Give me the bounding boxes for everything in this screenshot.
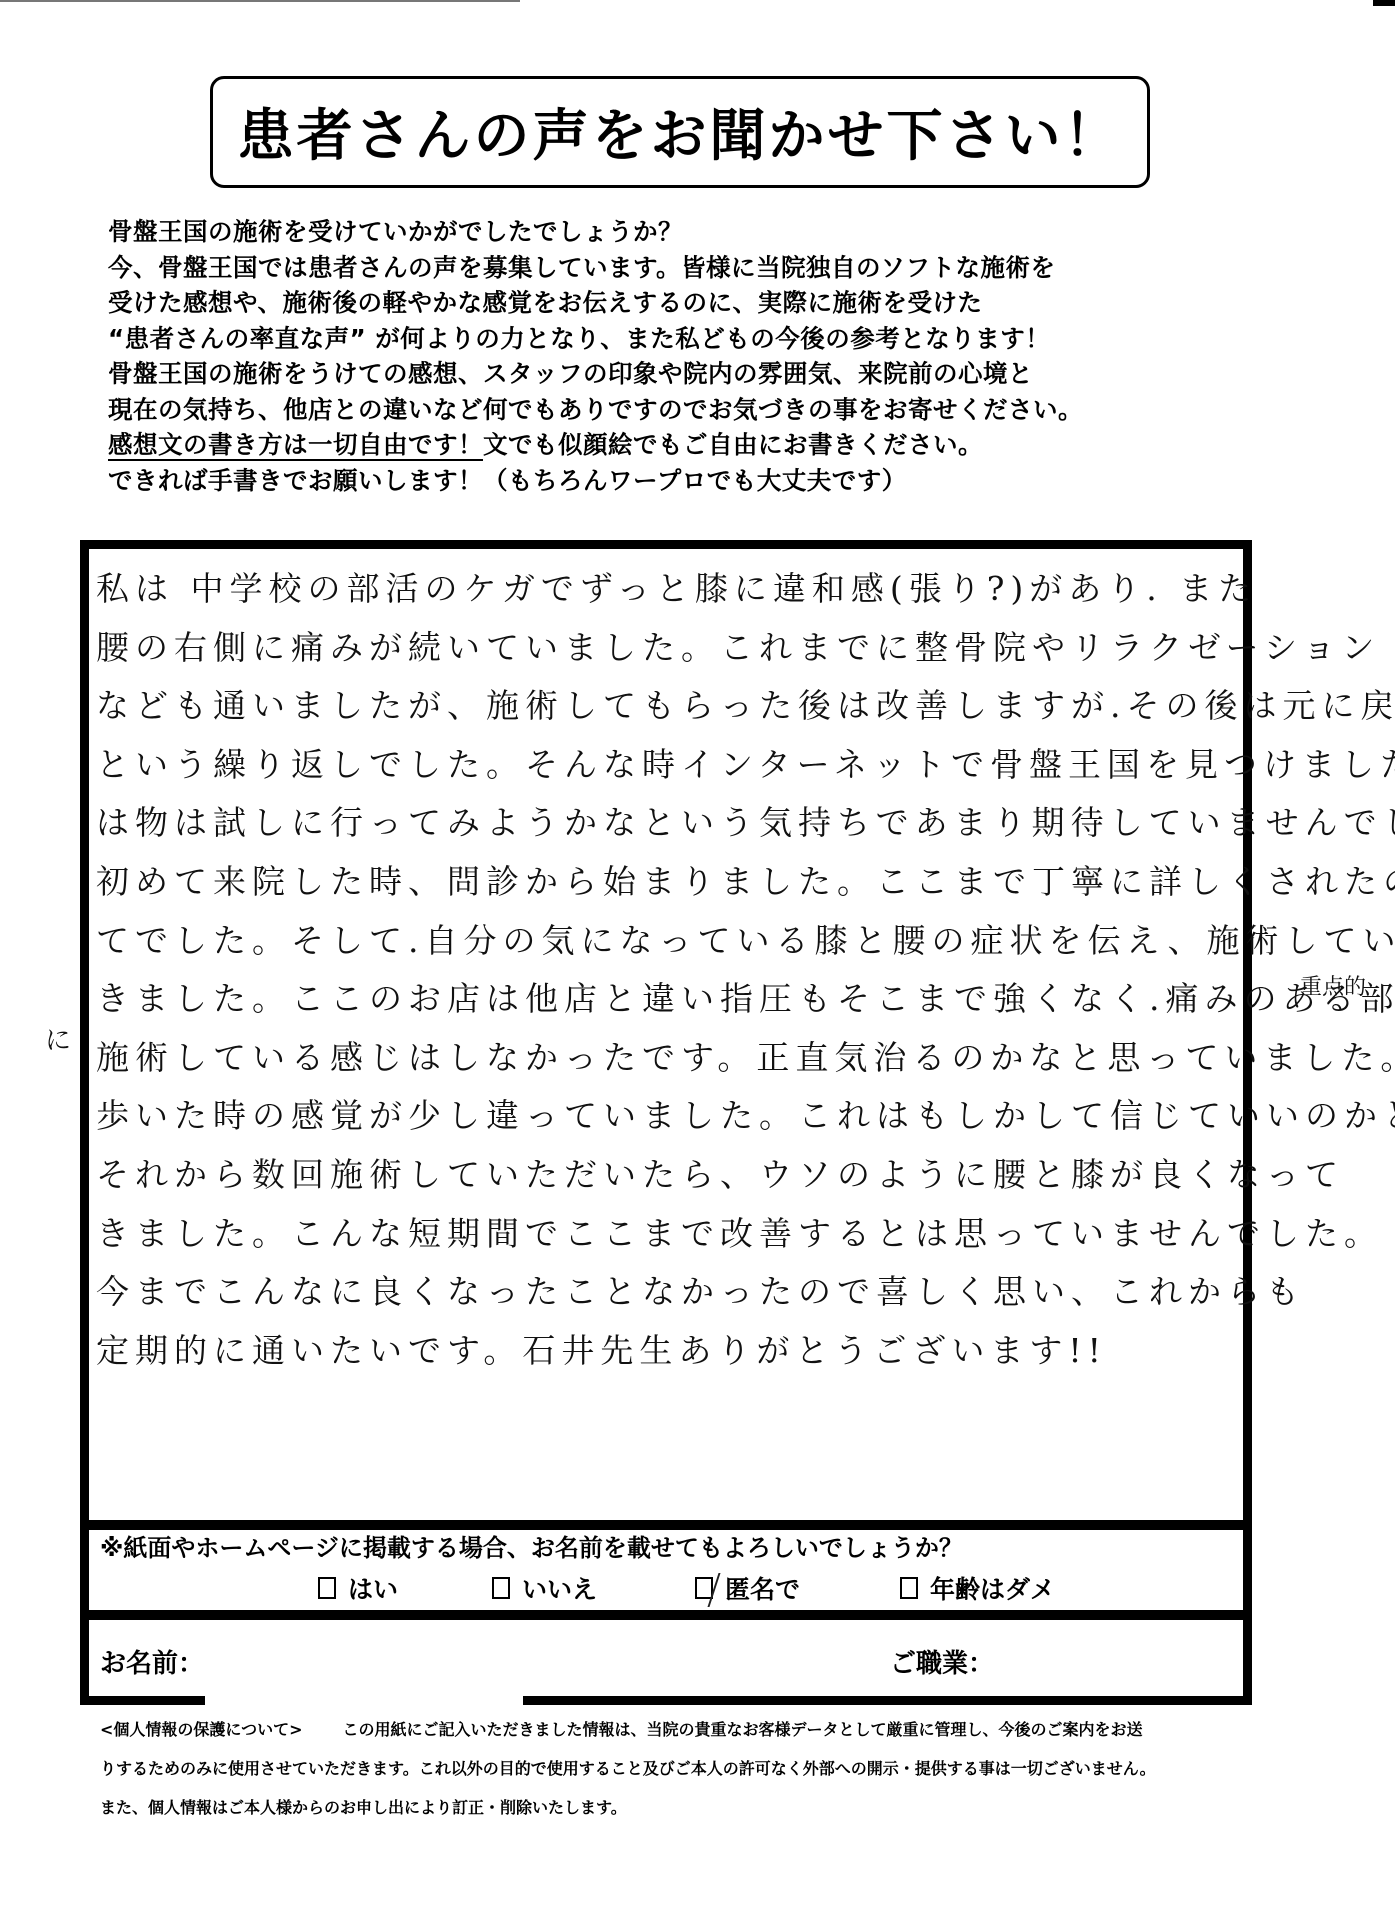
testimonial-line: 腰の右側に痛みが続いていました。これまでに整骨院やリラクゼーション [96, 619, 1246, 678]
margin-note-left: に [45, 1020, 71, 1057]
testimonial-line: 歩いた時の感覚が少し違っていました。これはもしかして信じていいのかと思いました! [96, 1087, 1246, 1146]
intro-line: 骨盤王国の施術を受けていかがでしたでしょうか？ [108, 214, 1328, 250]
privacy-line: また、個人情報はご本人様からのお申し出により訂正・削除いたします。 [100, 1788, 1340, 1827]
consent-question: ※紙面やホームページに掲載する場合、お名前を載せてもよろしいでしょうか？ [100, 1528, 963, 1563]
option-label: 匿名で [725, 1570, 800, 1606]
margin-note-right: 重点的 [1300, 970, 1366, 1001]
underlined-emphasis: 感想文の書き方は一切自由です！ [108, 430, 483, 461]
intro-line: できれば手書きでお願いします！（もちろんワープロでも大丈夫です） [108, 463, 1328, 499]
intro-line-rest: 文でも似顔絵でもご自由にお書きください。 [483, 430, 983, 459]
testimonial-line: それから数回施術していただいたら、ウソのように腰と膝が良くなって [96, 1146, 1246, 1205]
option-anonymous[interactable]: 匿名で [695, 1570, 800, 1606]
option-label: 年齢はダメ [930, 1570, 1055, 1606]
privacy-text: この用紙にご記入いただきました情報は、当院の貴重なお客様データとして厳重に管理し… [343, 1720, 1143, 1739]
testimonial-line: 今までこんなに良くなったことなかったので喜しく思い、これからも [96, 1263, 1246, 1322]
scan-artifact-corner [1373, 0, 1395, 6]
privacy-line: <個人情報の保護について>この用紙にご記入いただきました情報は、当院の貴重なお客… [100, 1710, 1340, 1749]
handwritten-testimonial[interactable]: 私は 中学校の部活のケガでずっと膝に違和感(張り?)があり. また 腰の右側に痛… [96, 560, 1246, 1380]
privacy-heading: <個人情報の保護について> [100, 1720, 303, 1739]
title-box: 患者さんの声をお聞かせ下さい！ [210, 76, 1150, 188]
privacy-notice: <個人情報の保護について>この用紙にご記入いただきました情報は、当院の貴重なお客… [100, 1710, 1340, 1827]
name-field-label: お名前： [100, 1643, 204, 1680]
testimonial-line: 定期的に通いたいです。石井先生ありがとうございます!! [96, 1322, 1246, 1381]
divider-fields [80, 1610, 1252, 1620]
intro-line: “患者さんの率直な声” が何よりの力となり、また私どもの今後の参考となります！ [108, 321, 1328, 357]
checkbox-no-age[interactable] [900, 1577, 918, 1599]
intro-line: 感想文の書き方は一切自由です！文でも似顔絵でもご自由にお書きください。 [108, 427, 1328, 463]
testimonial-line: 私は 中学校の部活のケガでずっと膝に違和感(張り?)があり. また [96, 560, 1246, 619]
testimonial-line: なども通いましたが、施術してもらった後は改善しますが.その後は元に戻る [96, 677, 1246, 736]
testimonial-line: きました。ここのお店は他店と違い指圧もそこまで強くなく.痛みのある部分を [96, 970, 1246, 1029]
privacy-line: りするためのみに使用させていただきます。これ以外の目的で使用すること及びご本人の… [100, 1749, 1340, 1788]
testimonial-line: きました。こんな短期間でここまで改善するとは思っていませんでした。 [96, 1205, 1246, 1264]
option-no[interactable]: いいえ [492, 1570, 597, 1606]
testimonial-line: は物は試しに行ってみようかなという気持ちであまり期待していませんでした。 [96, 794, 1246, 853]
testimonial-line: という繰り返しでした。そんな時インターネットで骨盤王国を見つけました。最初 [96, 736, 1246, 795]
scan-artifact-top [0, 0, 520, 2]
testimonial-line: 施術している感じはしなかったです。正直気治るのかなと思っていました。でも次の日 [96, 1029, 1246, 1088]
option-label: いいえ [522, 1570, 597, 1606]
page-title: 患者さんの声をお聞かせ下さい！ [238, 92, 1123, 172]
intro-text: 骨盤王国の施術を受けていかがでしたでしょうか？ 今、骨盤王国では患者さんの声を募… [108, 214, 1328, 498]
frame-gap [205, 1696, 523, 1708]
option-label: はい [348, 1570, 398, 1606]
checkbox-anonymous-checked[interactable] [695, 1577, 713, 1599]
testimonial-line: てでした。そして.自分の気になっている膝と腰の症状を伝え、施術していただ [96, 912, 1246, 971]
occupation-field-label: ご職業： [890, 1643, 994, 1680]
intro-line: 現在の気持ち、他店との違いなど何でもありですのでお気づきの事をお寄せください。 [108, 392, 1328, 428]
option-no-age[interactable]: 年齢はダメ [900, 1570, 1055, 1606]
consent-options: はい いいえ 匿名で 年齢はダメ [0, 1570, 1395, 1610]
intro-line: 受けた感想や、施術後の軽やかな感覚をお伝えするのに、実際に施術を受けた [108, 285, 1328, 321]
option-yes[interactable]: はい [318, 1570, 398, 1606]
testimonial-line: 初めて来院した時、問診から始まりました。ここまで丁寧に詳しくされたのは初め [96, 853, 1246, 912]
checkbox-no[interactable] [492, 1577, 510, 1599]
intro-line: 今、骨盤王国では患者さんの声を募集しています。皆様に当院独自のソフトな施術を [108, 250, 1328, 286]
checkbox-yes[interactable] [318, 1577, 336, 1599]
intro-line: 骨盤王国の施術をうけての感想、スタッフの印象や院内の雰囲気、来院前の心境と [108, 356, 1328, 392]
